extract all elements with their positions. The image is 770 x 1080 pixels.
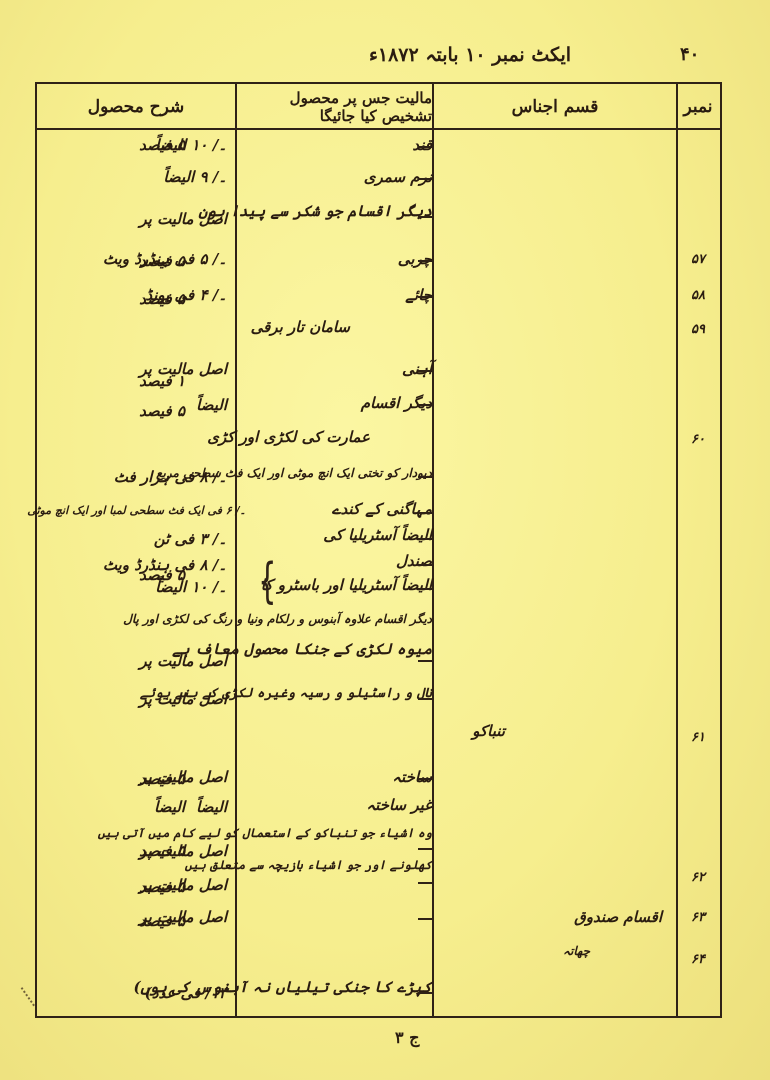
row-value: ۱۳/ فی عدد)	[145, 984, 227, 1002]
leader-dash	[418, 296, 432, 298]
header-assessed-value: مالیت جس پر محصول تشخیص کیا جائیگا	[237, 88, 432, 126]
leader-dash	[418, 370, 432, 372]
page-number: ۴۰	[680, 44, 699, 65]
row-value: ۔/ ۱۰ الیضاً	[155, 578, 227, 596]
leader-dash	[418, 538, 432, 540]
row-value: اصل مالیت پر	[139, 652, 227, 670]
leader-dash	[418, 992, 432, 994]
row-duty: ۵ فیصد	[139, 842, 185, 860]
row-duty: ۵ فیصد	[139, 290, 185, 308]
row-item: دیگر اقسام علاوہ آبنوس و رلکام ونیا و رن…	[123, 612, 432, 626]
row-item: چائے	[405, 286, 432, 304]
header-goods-type: قسم اجناس	[434, 88, 676, 126]
header-duty-rate: شرح محصول	[37, 88, 235, 126]
row-item: عمارت کی لکڑی اور کڑی	[207, 428, 370, 446]
row-value: الیضاً	[196, 396, 227, 414]
row-item: دیگر اقسام	[361, 394, 432, 412]
row-number: ۶۴	[678, 952, 718, 967]
row-item: چھاتہ	[563, 944, 590, 958]
row-value: ۔/ ۶ فی ایک فٹ سطحی لمبا اور ایک انچ موٹ…	[27, 504, 246, 517]
row-value: ۔/ ۸ فی ہزار فٹ	[114, 468, 227, 486]
header-number: نمبر	[678, 88, 718, 126]
row-duty: ۱ فیصد	[139, 372, 185, 390]
grouping-brace: {	[258, 557, 276, 605]
row-number: ۵۹	[678, 322, 718, 337]
leader-dash	[418, 882, 432, 884]
leader-dash	[418, 918, 432, 920]
leader-dash	[418, 588, 432, 590]
leader-dash	[418, 260, 432, 262]
row-value: الیضاً	[196, 798, 227, 816]
leader-dash	[418, 698, 432, 700]
footer-signature-mark: ج ۳	[395, 1028, 420, 1047]
leader-dash	[418, 660, 432, 662]
leader-dash	[418, 778, 432, 780]
leader-dash	[418, 848, 432, 850]
row-duty: ۵ فیصد	[139, 136, 185, 154]
row-duty: الیضاً	[154, 798, 185, 816]
row-item: غیر ساختہ	[366, 796, 432, 814]
row-number: ۶۲	[678, 870, 718, 885]
page-heading: ایکٹ نمبر ۱۰ بابتہ ۱۸۷۲ء	[320, 44, 620, 66]
leader-dash	[418, 476, 432, 478]
row-item: وہ اشیاء جو تنباکو کے استعمال کو لیے کام…	[98, 826, 432, 840]
row-item: ساختہ	[392, 768, 432, 786]
row-value: اصل مالیت پر	[139, 210, 227, 228]
row-item: مہاگنی کے کندے	[332, 500, 432, 518]
row-value: ۔/ ۳ فی ٹن	[154, 530, 227, 548]
row-item: قند	[412, 136, 432, 154]
row-number: ۶۱	[678, 730, 718, 745]
row-item: تنباکو	[472, 722, 505, 740]
row-value: ۔/ ۹ الیضاً	[163, 168, 227, 186]
row-duty: ۵ فیصد	[139, 912, 185, 930]
row-item: سامان تار برقی	[251, 318, 350, 336]
row-item: الیضاً آسٹریلیا کی	[323, 526, 432, 544]
row-item: کھلونے اور جو اشیاء بازیچہ سے متعلق ہیں	[185, 858, 432, 872]
row-item: آہنی	[402, 360, 432, 378]
column-divider	[235, 82, 237, 1018]
row-item: نرم سمری	[364, 168, 432, 186]
row-duty: ۵ فیصد	[139, 402, 185, 420]
leader-dash	[418, 404, 432, 406]
row-number: ۵۷	[678, 252, 718, 267]
row-duty: ۵ فیصد	[139, 770, 185, 788]
leader-dash	[418, 512, 432, 514]
leader-dash	[418, 216, 432, 218]
row-item: الیضاً آسٹریلیا اور باسٹرو کا	[261, 576, 432, 594]
leader-dash	[418, 146, 432, 148]
row-value: اصل مالیت پر	[139, 690, 227, 708]
row-item: اقسام صندوق	[574, 908, 662, 926]
row-item: چربی	[398, 250, 432, 268]
row-item: صندل	[396, 552, 432, 570]
row-number: ۶۳	[678, 910, 718, 925]
row-duty: ۵ فیصد	[139, 878, 185, 896]
row-item: دیگر اقسام جو شکر سے پیدا ہون	[199, 202, 432, 220]
header-divider	[35, 128, 722, 130]
leader-dash	[418, 564, 432, 566]
leader-dash	[418, 178, 432, 180]
row-number: ۶۰	[678, 432, 718, 447]
row-duty: ۵ فیصد	[139, 252, 185, 270]
column-divider	[432, 82, 434, 1018]
row-number: ۵۸	[678, 288, 718, 303]
